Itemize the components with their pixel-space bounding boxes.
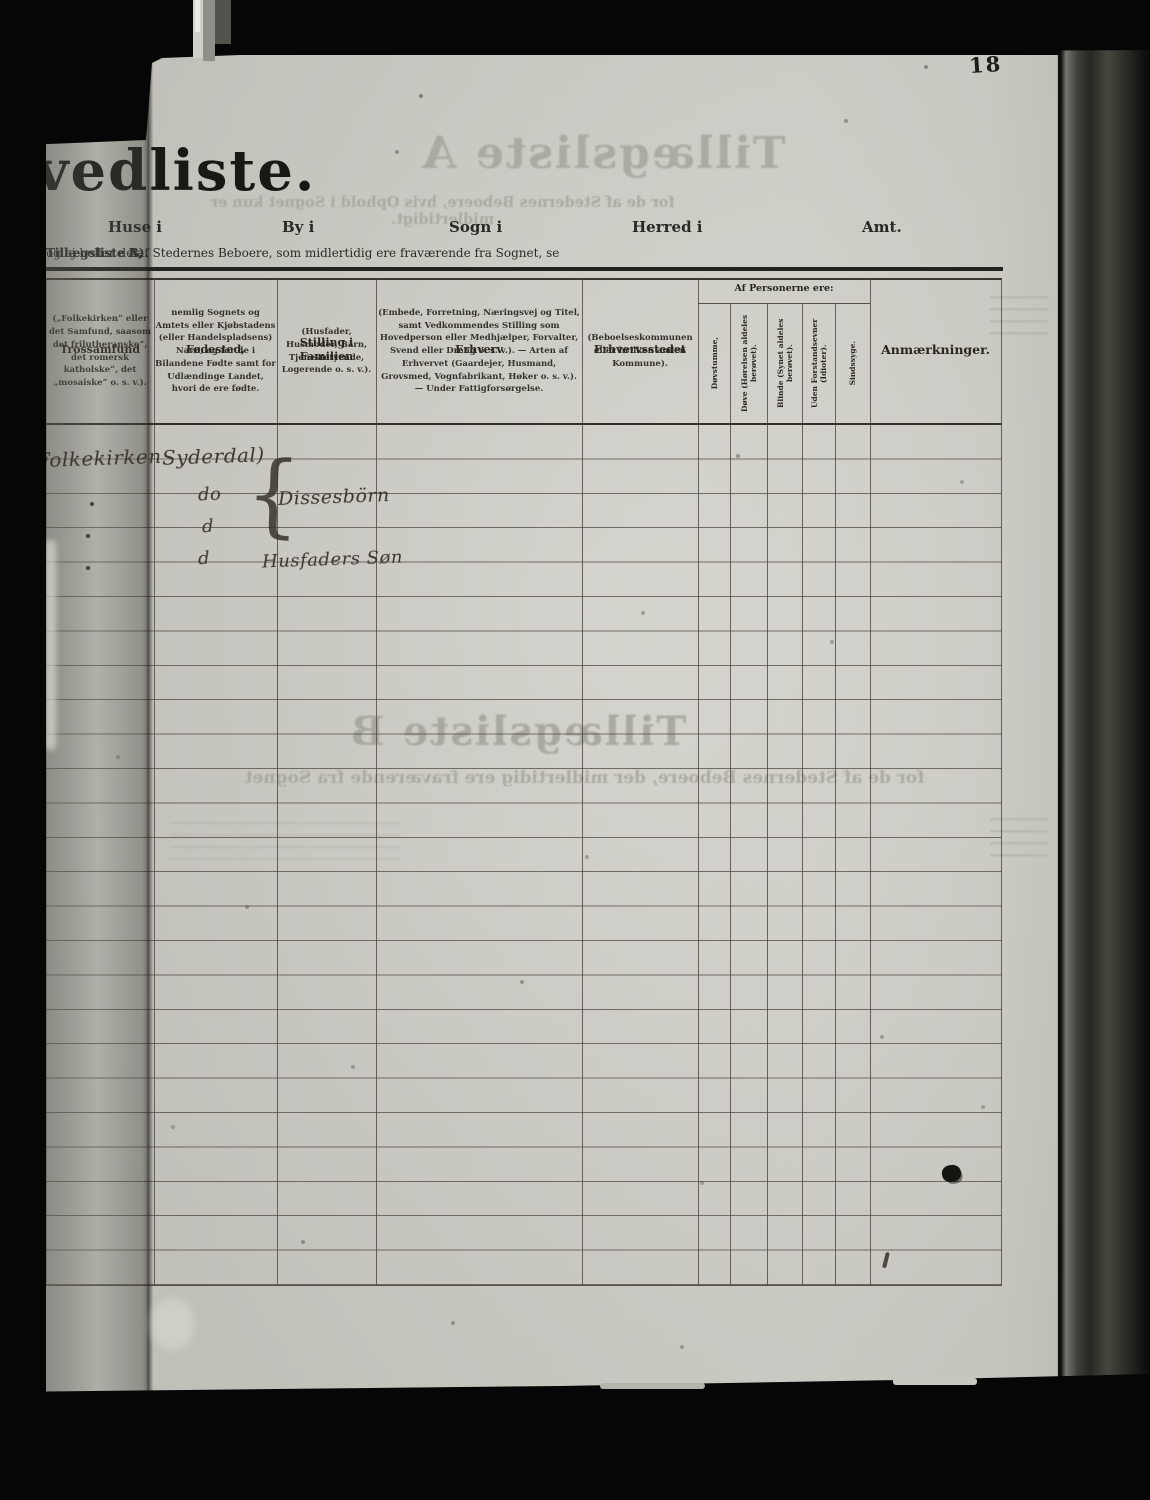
- ditto-dot-row2: [90, 502, 94, 506]
- entry-foedested-row4: d: [198, 548, 211, 569]
- entry-stilling-row2: Dissesbörn: [278, 484, 390, 510]
- group-header-af-personerne: Af Personerne ere:: [698, 283, 870, 294]
- table-vline: [730, 304, 731, 1286]
- ditto-dot-row4: [86, 566, 90, 570]
- table-vline: [835, 304, 836, 1286]
- group-header-underline: [698, 303, 870, 304]
- paper-light-patch: [150, 1298, 194, 1350]
- entry-trossamfund-row1: Folkekirken: [36, 444, 162, 472]
- bleedthrough-heading-a: Tillægsliste A: [398, 128, 808, 179]
- column-subtitle: (Beboelseskommunen eller hvilken anden K…: [582, 332, 698, 370]
- table-vline: [870, 278, 871, 1286]
- entry-foedested-row2: do: [198, 484, 222, 506]
- page-fold-crease: [146, 55, 153, 1396]
- column-header-anmaerkninger: Anmærkninger.: [870, 280, 1001, 423]
- table-vline: [802, 304, 803, 1286]
- table-border-bottom: [46, 1285, 1002, 1286]
- subcol-label: Døvstumme,: [710, 337, 719, 389]
- scan-background-left: [0, 0, 46, 1500]
- table-vline: [154, 278, 155, 1286]
- subcol-label: Sindssyge.: [848, 341, 857, 385]
- page-fold-shadow: [45, 55, 149, 1396]
- column-header-foedested: Fødested, nemlig Sognets og Amtets eller…: [154, 280, 277, 423]
- column-subtitle: nemlig Sognets og Amtets eller Kjøbstade…: [154, 307, 277, 396]
- subcol-label: Døve (Hørelsen aldeles berøvet).: [740, 307, 758, 420]
- field-label-sogn: Sogn i: [449, 218, 502, 236]
- bookmark-tab-highlight: [195, 0, 200, 32]
- table-row-lines: [46, 425, 1002, 1286]
- table-vline: [277, 278, 278, 1286]
- table-vline: [767, 304, 768, 1286]
- column-header-sindssyge: Sindssyge.: [835, 306, 870, 421]
- book-binding-edge: [1056, 0, 1150, 1500]
- table-vline: [1001, 278, 1002, 1286]
- column-title: Anmærkninger.: [881, 342, 990, 358]
- field-label-amt: Amt.: [862, 218, 902, 236]
- table-vline: [698, 278, 699, 1286]
- page-edge-streak: [600, 1383, 705, 1389]
- column-header-stilling: Stilling i Familien (Husfader, Husmoder,…: [277, 280, 376, 423]
- column-header-erhvervsstedet: Erhvervsstedet (Beboelseskommunen eller …: [582, 280, 698, 423]
- subcol-label: Uden Forstandsevner (Idioter).: [810, 307, 828, 420]
- entry-foedested-row3: d: [202, 516, 215, 537]
- page-edge-highlight: [45, 540, 56, 750]
- column-subtitle: (Husfader, Husmoder, Barn, Tjenestetyend…: [277, 326, 376, 377]
- table-vline: [376, 278, 377, 1286]
- census-page-scan: Tillægsliste A for de af Stedernes Beboe…: [0, 0, 1150, 1500]
- table-vline: [582, 278, 583, 1286]
- column-header-blinde: Blinde (Synet aldeles berøvet).: [767, 306, 802, 421]
- column-header-uden-forstandsevner: Uden Forstandsevner (Idioter).: [802, 306, 835, 421]
- page-number: 18: [968, 51, 1003, 78]
- bookmark-tab: [215, 0, 231, 44]
- column-header-dovstumme: Døvstumme,: [698, 306, 730, 421]
- column-subtitle: (Embede, Forretning, Næringsvej og Titel…: [376, 307, 582, 396]
- field-label-by: By i: [282, 218, 314, 236]
- ditto-dot-row3: [86, 534, 90, 538]
- column-header-dove: Døve (Hørelsen aldeles berøvet).: [730, 306, 767, 421]
- table-header-bottom-rule: [46, 423, 1002, 425]
- section-rule: [45, 267, 1003, 271]
- page-edge-streak: [893, 1378, 977, 1385]
- subcol-label: Blinde (Synet aldeles berøvet).: [776, 307, 794, 420]
- field-label-herred: Herred i: [632, 218, 702, 236]
- column-header-erhverv: Erhverv (Embede, Forretning, Næringsvej …: [376, 280, 582, 423]
- bookmark-tab: [203, 0, 215, 61]
